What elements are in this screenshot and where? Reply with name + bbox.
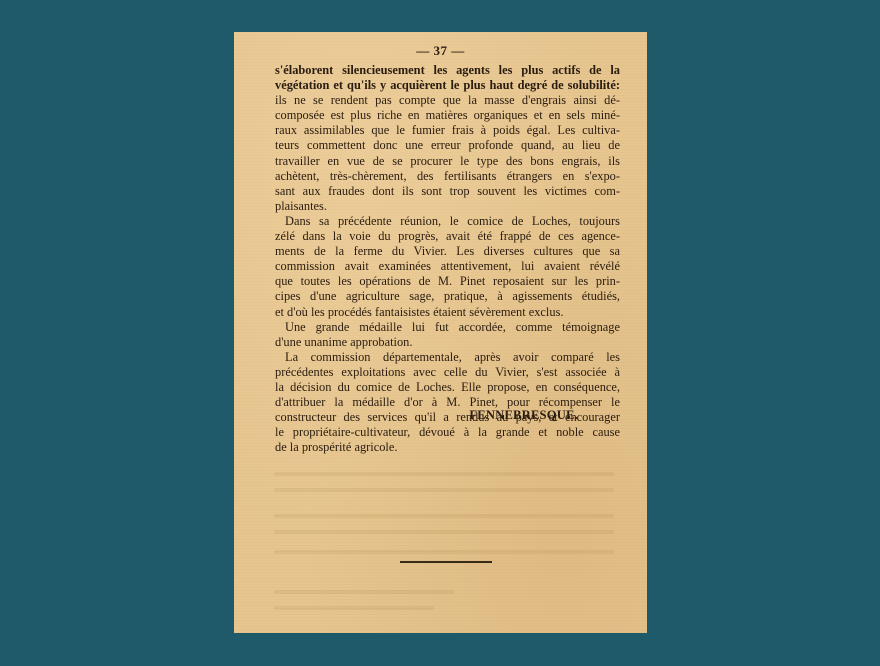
text-line: commission avait examinées attentivement… [275,259,620,274]
signature: FENNEBRESQUE. [234,408,578,423]
text-line: s'élaborent silencieusement les agents l… [275,63,620,78]
text-line: ils ne se rendent pas compte que la mass… [275,93,620,108]
text-line: travailler en vue de se procurer le type… [275,154,620,169]
text-line: zélé dans la voie du progrès, avait été … [275,229,620,244]
text-line: précédentes exploitations avec celle du … [275,365,620,380]
show-through-text [274,514,614,518]
text-line: cipes d'une agriculture sage, pratique, … [275,289,620,304]
text-line: plaisantes. [275,199,620,214]
text-line: achètent, très-chèrement, des fertilisan… [275,169,620,184]
text-line: composée est plus riche en matières orga… [275,108,620,123]
show-through-text [274,530,614,534]
show-through-text [274,472,614,476]
text-line: d'une unanime approbation. [275,335,620,350]
text-line: le propriétaire-cultivateur, dévoué à la… [275,425,620,440]
end-rule-divider [400,561,492,563]
text-line: teurs commettent donc une erreur profond… [275,138,620,153]
text-line: sant aux fraudes dont ils sont trop souv… [275,184,620,199]
show-through-text [274,590,454,594]
text-line: la décision du comice de Loches. Elle pr… [275,380,620,395]
show-through-text [274,550,614,554]
paragraph-start-line: Dans sa précédente réunion, le comice de… [275,214,620,229]
paragraph-start-line: Une grande médaille lui fut accordée, co… [275,320,620,335]
text-line: raux assimilables que le fumier frais à … [275,123,620,138]
text-line: de la prospérité agricole. [275,440,620,455]
body-text: s'élaborent silencieusement les agents l… [275,63,620,455]
text-line: ments de la ferme du Vivier. Les diverse… [275,244,620,259]
page-number: — 37 — [234,43,647,59]
text-line: que toutes les opérations de M. Pinet re… [275,274,620,289]
text-line: et d'où les procédés fantaisistes étaien… [275,305,620,320]
document-page: — 37 — s'élaborent silencieusement les a… [234,32,647,633]
show-through-text [274,606,434,610]
show-through-text [274,488,614,492]
text-line: végétation et qu'ils y acquièrent le plu… [275,78,620,93]
paragraph-start-line: La commission départementale, après avoi… [275,350,620,365]
